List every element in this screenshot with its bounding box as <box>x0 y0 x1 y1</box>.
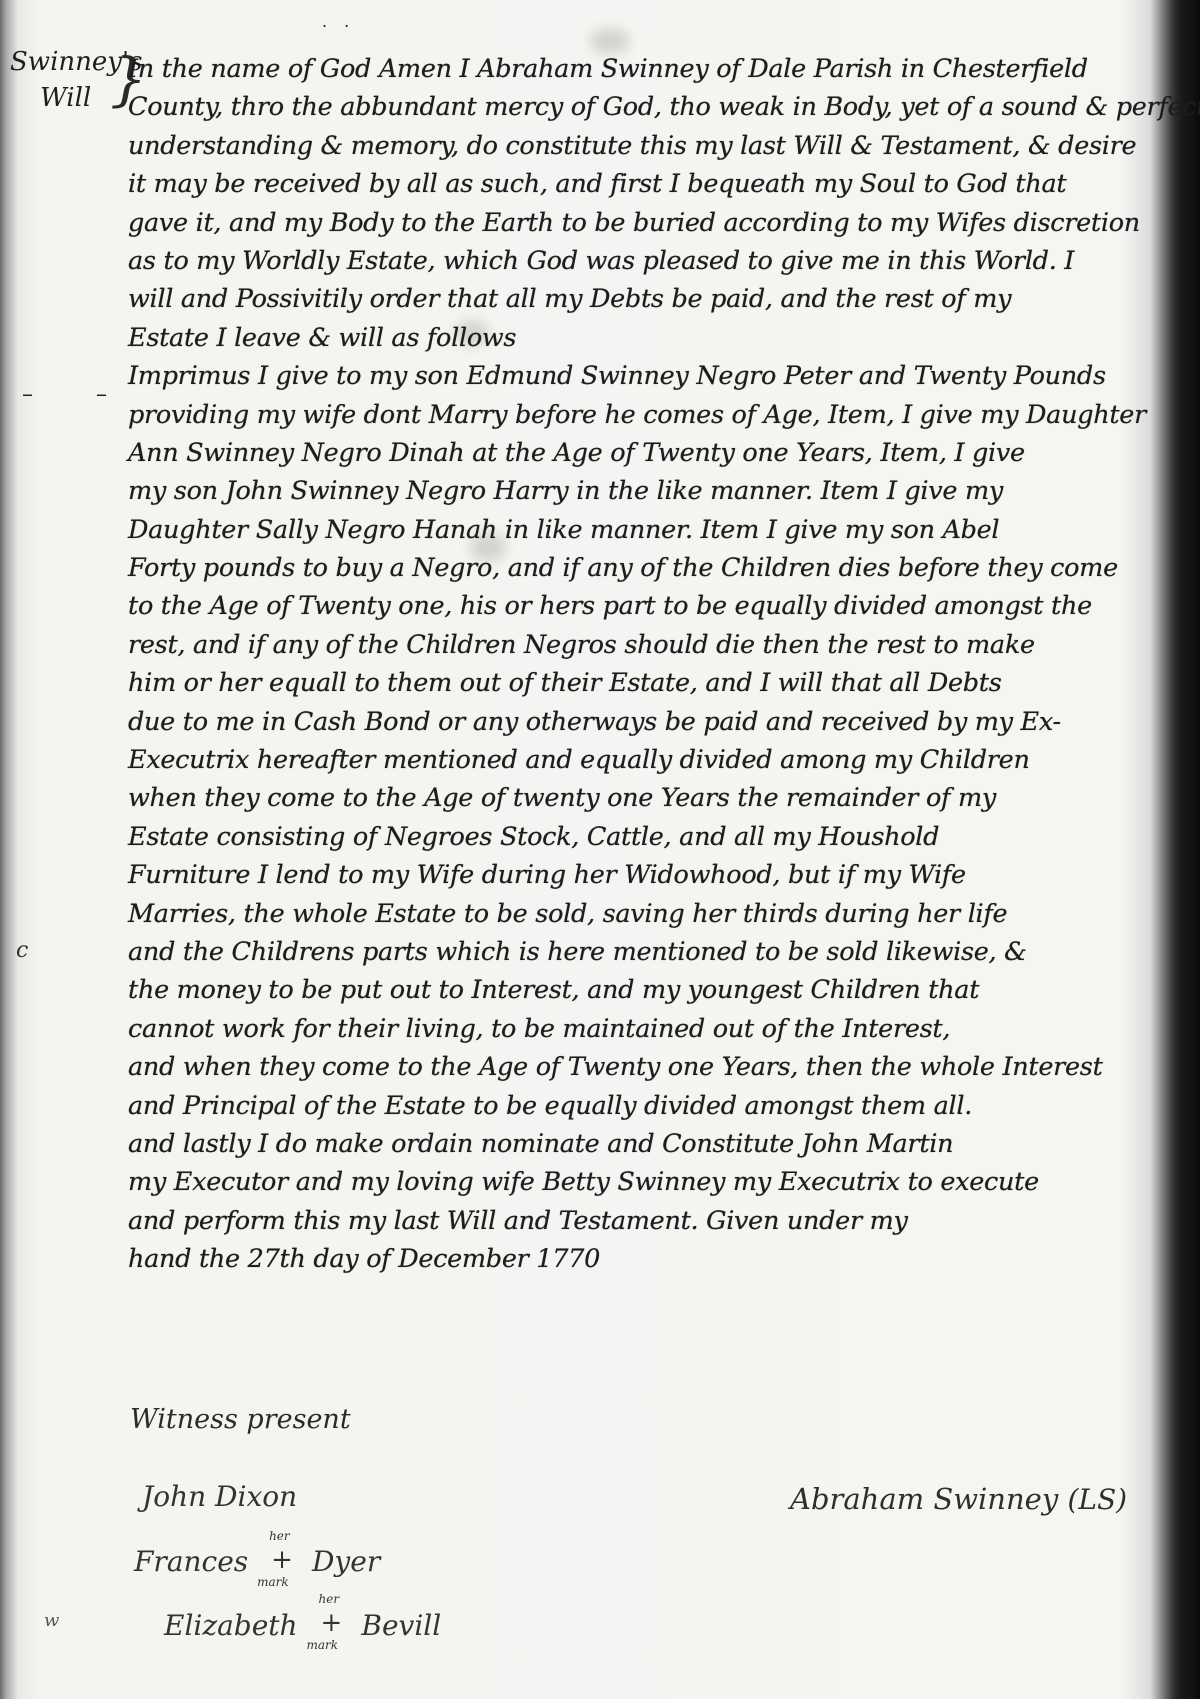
text-line: the money to be put out to Interest, and… <box>128 971 1178 1009</box>
text-line: Daughter Sally Negro Hanah in like manne… <box>128 511 1178 549</box>
text-line: and when they come to the Age of Twenty … <box>128 1048 1178 1086</box>
text-line: Ann Swinney Negro Dinah at the Age of Tw… <box>128 434 1178 472</box>
margin-title: Swinney's Will } <box>10 44 128 116</box>
text-line: my son John Swinney Negro Harry in the l… <box>128 472 1178 510</box>
witness-signature: John Dixon <box>142 1480 441 1513</box>
text-line: him or her equall to them out of their E… <box>128 664 1178 702</box>
testator-name: Abraham Swinney <box>790 1482 1058 1516</box>
testator-signature: Abraham Swinney (LS) <box>790 1482 1127 1516</box>
text-line: and Principal of the Estate to be equall… <box>128 1087 1178 1125</box>
text-line: Imprimus I give to my son Edmund Swinney… <box>128 357 1178 395</box>
text-line: due to me in Cash Bond or any otherways … <box>128 703 1178 741</box>
text-line: Marries, the whole Estate to be sold, sa… <box>128 895 1178 933</box>
witness-block: Witness present John Dixon Frances her +… <box>130 1400 441 1642</box>
text-line: rest, and if any of the Children Negros … <box>128 626 1178 664</box>
text-line: Furniture I lend to my Wife during her W… <box>128 856 1178 894</box>
cross-mark-icon: + <box>271 1545 293 1575</box>
text-line: my Executor and my loving wife Betty Swi… <box>128 1163 1178 1201</box>
witness-mark: her + mark <box>306 1612 352 1642</box>
manuscript-page: . . Swinney's Will } – – c w In the name… <box>0 0 1200 1699</box>
witness-signature: Frances her + mark Dyer <box>134 1545 441 1579</box>
text-line: cannot work for their living, to be main… <box>128 1010 1178 1048</box>
text-line: and perform this my last Will and Testam… <box>128 1202 1178 1240</box>
margin-mark: w <box>44 1610 59 1631</box>
witness-signature: Elizabeth her + mark Bevill <box>164 1609 441 1643</box>
witness-first-name: Elizabeth <box>164 1609 298 1642</box>
text-line: as to my Worldly Estate, which God was p… <box>128 242 1178 280</box>
text-line: it may be received by all as such, and f… <box>128 165 1178 203</box>
cross-mark-icon: + <box>320 1608 342 1638</box>
witness-name: John Dixon <box>142 1480 297 1513</box>
top-dots: . . <box>322 12 355 31</box>
text-line: will and Possivitily order that all my D… <box>128 280 1178 318</box>
witness-last-name: Dyer <box>312 1545 380 1578</box>
text-line: gave it, and my Body to the Earth to be … <box>128 204 1178 242</box>
mark-label: mark <box>306 1638 338 1652</box>
margin-mark: c <box>16 938 28 963</box>
text-line: Estate I leave & will as follows <box>128 319 1178 357</box>
text-line: Executrix hereafter mentioned and equall… <box>128 741 1178 779</box>
witness-mark: her + mark <box>257 1549 303 1579</box>
text-line: when they come to the Age of twenty one … <box>128 779 1178 817</box>
text-line: and the Childrens parts which is here me… <box>128 933 1178 971</box>
text-line: County, thro the abbundant mercy of God,… <box>128 88 1178 126</box>
margin-dashes: – – <box>22 382 135 407</box>
text-line: and lastly I do make ordain nominate and… <box>128 1125 1178 1163</box>
text-line: Estate consisting of Negroes Stock, Catt… <box>128 818 1178 856</box>
witness-last-name: Bevill <box>361 1609 441 1642</box>
witness-first-name: Frances <box>134 1545 248 1578</box>
date-line: hand the 27th day of December 1770 <box>128 1240 1178 1278</box>
mark-label: mark <box>257 1575 289 1589</box>
seal-mark: (LS) <box>1067 1483 1127 1516</box>
text-line: Forty pounds to buy a Negro, and if any … <box>128 549 1178 587</box>
will-body-text: In the name of God Amen I Abraham Swinne… <box>128 50 1178 1279</box>
text-line: to the Age of Twenty one, his or hers pa… <box>128 587 1178 625</box>
text-line: understanding & memory, do constitute th… <box>128 127 1178 165</box>
text-line: In the name of God Amen I Abraham Swinne… <box>128 50 1178 88</box>
text-line: providing my wife dont Marry before he c… <box>128 396 1178 434</box>
mark-her-label: her <box>269 1529 290 1543</box>
witness-heading: Witness present <box>130 1400 441 1440</box>
mark-her-label: her <box>318 1592 339 1606</box>
